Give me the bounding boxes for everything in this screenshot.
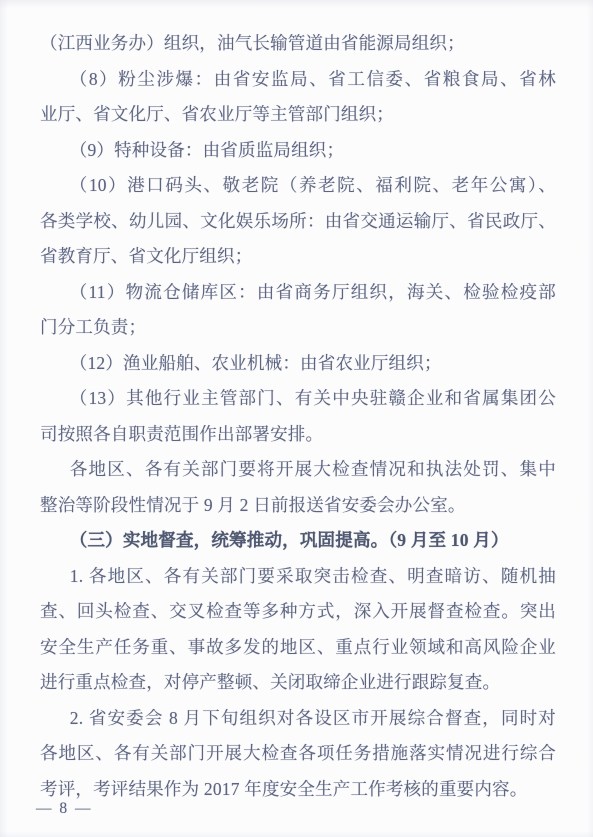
text-line: （9）特种设备：由省质监局组织； [40, 133, 556, 169]
text-line: 整治等阶段性情况于 9 月 2 日前报送省安委会办公室。 [40, 488, 556, 524]
text-line: 1. 各地区、各有关部门要采取突击检查、明查暗访、随机抽 [40, 559, 556, 595]
text-line: （8）粉尘涉爆：由省安监局、省工信委、省粮食局、省林 [40, 62, 556, 98]
text-line: 查、回头检查、交叉检查等多种方式，深入开展督查检查。突出 [40, 594, 556, 630]
page-number: — 8 — [36, 800, 93, 818]
text-line: （12）渔业船舶、农业机械：由省农业厅组织； [40, 346, 556, 382]
text-line: （11）物流仓储库区：由省商务厅组织，海关、检验检疫部 [40, 275, 556, 311]
document-page: （江西业务办）组织，油气长输管道由省能源局组织； （8）粉尘涉爆：由省安监局、省… [0, 0, 593, 837]
text-line: （江西业务办）组织，油气长输管道由省能源局组织； [40, 26, 556, 62]
text-line: 各地区、各有关部门开展大检查各项任务措施落实情况进行综合 [40, 736, 556, 772]
text-line: （10）港口码头、敬老院（养老院、福利院、老年公寓）、 [40, 168, 556, 204]
text-line: 2. 省安委会 8 月下旬组织对各设区市开展综合督查，同时对 [40, 701, 556, 737]
text-line: 业厅、省文化厅、省农业厅等主管部门组织； [40, 97, 556, 133]
text-line: 门分工负责； [40, 310, 556, 346]
text-line: 各类学校、幼儿园、文化娱乐场所：由省交通运输厅、省民政厅、 [40, 204, 556, 240]
document-body: （江西业务办）组织，油气长输管道由省能源局组织； （8）粉尘涉爆：由省安监局、省… [40, 26, 556, 807]
text-line: 各地区、各有关部门要将开展大检查情况和执法处罚、集中 [40, 452, 556, 488]
text-line: 安全生产任务重、事故多发的地区、重点行业领域和高风险企业 [40, 630, 556, 666]
text-line: （13）其他行业主管部门、有关中央驻赣企业和省属集团公 [40, 381, 556, 417]
text-line: 司按照各自职责范围作出部署安排。 [40, 417, 556, 453]
text-line: 考评，考评结果作为 2017 年度安全生产工作考核的重要内容。 [40, 772, 556, 808]
text-line: 进行重点检查，对停产整顿、关闭取缔企业进行跟踪复查。 [40, 665, 556, 701]
text-line: 省教育厅、省文化厅组织； [40, 239, 556, 275]
section-heading: （三）实地督查，统筹推动，巩固提高。（9 月至 10 月） [40, 523, 556, 559]
